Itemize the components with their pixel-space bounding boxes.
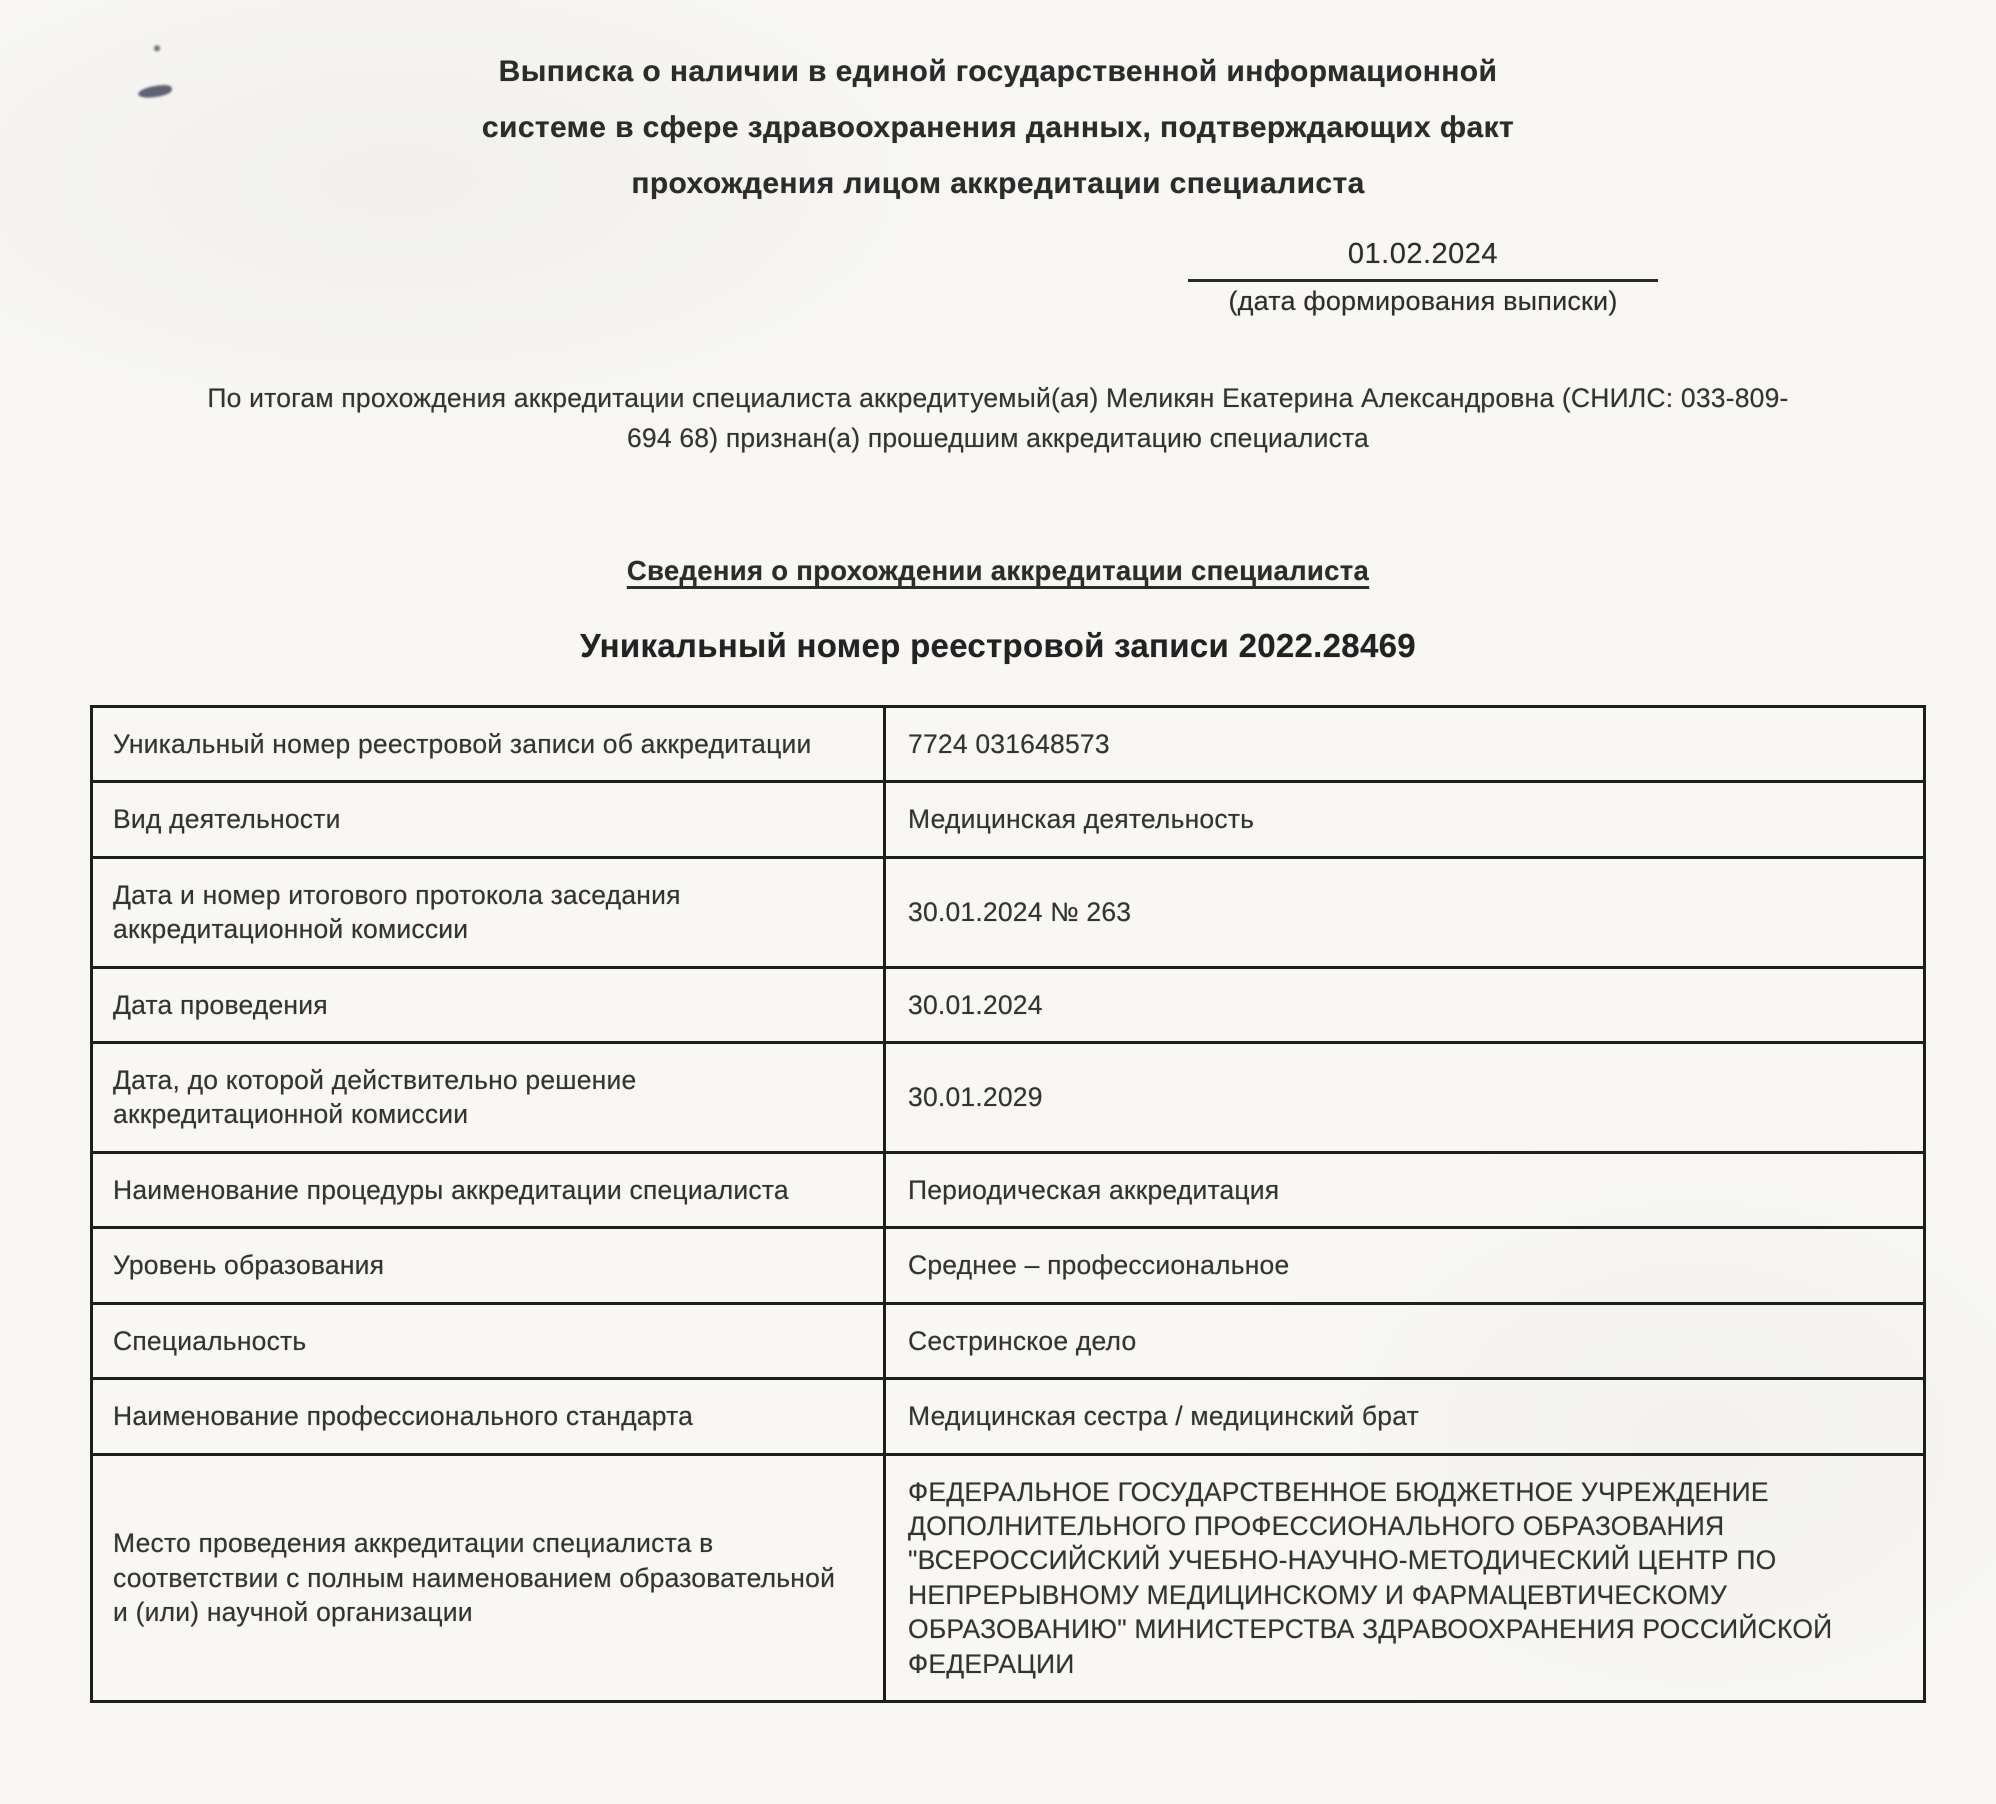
section-heading: Сведения о прохождении аккредитации спец… [0,555,1996,587]
row-label: Специальность [92,1303,885,1378]
title-line-3: прохождения лицом аккредитации специалис… [0,156,1996,212]
table-row: Наименование профессионального стандарта… [92,1379,1925,1454]
title-line-1: Выписка о наличии в единой государственн… [0,44,1996,100]
row-label: Вид деятельности [92,782,885,857]
row-label: Дата и номер итогового протокола заседан… [92,857,885,967]
row-value: Среднее – профессиональное [885,1228,1925,1303]
extract-date-value: 01.02.2024 [1188,238,1658,282]
extract-date-block: 01.02.2024 (дата формирования выписки) [1188,238,1658,317]
row-value: Периодическая аккредитация [885,1152,1925,1227]
row-value: Сестринское дело [885,1303,1925,1378]
registry-number-heading: Уникальный номер реестровой записи 2022.… [0,627,1996,665]
row-value: 7724 031648573 [885,706,1925,781]
title-line-2: системе в сфере здравоохранения данных, … [0,100,1996,156]
table-row: Специальность Сестринское дело [92,1303,1925,1378]
table-row: Место проведения аккредитации специалист… [92,1454,1925,1702]
accreditation-info-table: Уникальный номер реестровой записи об ак… [90,705,1926,1703]
document-title: Выписка о наличии в единой государственн… [0,44,1996,212]
intro-paragraph: По итогам прохождения аккредитации специ… [0,379,1996,459]
table-row: Дата и номер итогового протокола заседан… [92,857,1925,967]
row-label: Уровень образования [92,1228,885,1303]
row-label: Наименование процедуры аккредитации спец… [92,1152,885,1227]
scanned-document-page: Выписка о наличии в единой государственн… [0,0,1996,1804]
row-label: Наименование профессионального стандарта [92,1379,885,1454]
row-value: Медицинская сестра / медицинский брат [885,1379,1925,1454]
row-value: 30.01.2024 № 263 [885,857,1925,967]
row-value: 30.01.2029 [885,1042,1925,1152]
table-row: Дата проведения 30.01.2024 [92,967,1925,1042]
table-row: Уникальный номер реестровой записи об ак… [92,706,1925,781]
row-label: Дата, до которой действительно решение а… [92,1042,885,1152]
row-value: 30.01.2024 [885,967,1925,1042]
table-row: Уровень образования Среднее – профессион… [92,1228,1925,1303]
row-label: Место проведения аккредитации специалист… [92,1454,885,1702]
row-label: Уникальный номер реестровой записи об ак… [92,706,885,781]
row-value: Медицинская деятельность [885,782,1925,857]
row-value: ФЕДЕРАЛЬНОЕ ГОСУДАРСТВЕННОЕ БЮДЖЕТНОЕ УЧ… [885,1454,1925,1702]
table-row: Вид деятельности Медицинская деятельност… [92,782,1925,857]
accreditation-table-body: Уникальный номер реестровой записи об ак… [92,706,1925,1701]
extract-date-caption: (дата формирования выписки) [1188,282,1658,317]
row-label: Дата проведения [92,967,885,1042]
table-row: Дата, до которой действительно решение а… [92,1042,1925,1152]
intro-line-1: По итогам прохождения аккредитации специ… [0,379,1996,419]
intro-line-2: 694 68) признан(а) прошедшим аккредитаци… [0,419,1996,459]
table-row: Наименование процедуры аккредитации спец… [92,1152,1925,1227]
